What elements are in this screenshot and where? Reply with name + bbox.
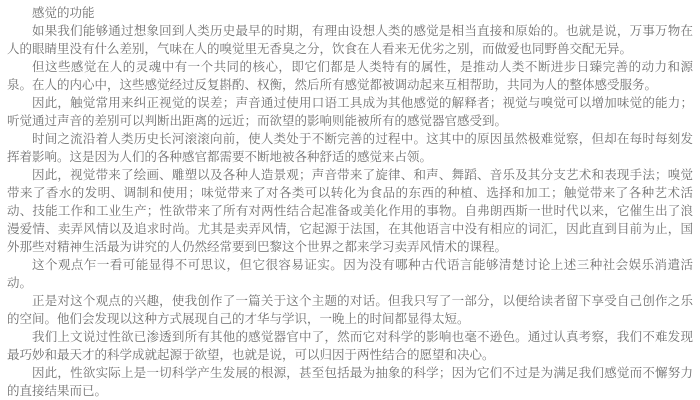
paragraph: 这个观点乍一看可能显得不可思议，但它很容易证实。因为没有哪种古代语言能够清楚讨论… — [7, 256, 693, 292]
document-body: 如果我们能够通过想象回到人类历史最早的时期，有理由设想人类的感觉是相当直接和原始… — [7, 22, 693, 400]
paragraph: 因此，性欲实际上是一切科学产生发展的根源，甚至包括最为抽象的科学；因为它们不过是… — [7, 364, 693, 400]
paragraph: 因此，视觉带来了绘画、雕塑以及各种人造景观；声音带来了旋律、和声、舞蹈、音乐及其… — [7, 166, 693, 256]
paragraph: 如果我们能够通过想象回到人类历史最早的时期，有理由设想人类的感觉是相当直接和原始… — [7, 22, 693, 58]
paragraph: 但这些感觉在人的灵魂中有一个共同的核心，即它们都是人类特有的属性，是推动人类不断… — [7, 58, 693, 94]
document-page: 感觉的功能 如果我们能够通过想象回到人类历史最早的时期，有理由设想人类的感觉是相… — [0, 0, 700, 400]
paragraph: 时间之流沿着人类历史长河滚滚向前，使人类处于不断完善的过程中。这其中的原因虽然极… — [7, 130, 693, 166]
paragraph: 正是对这个观点的兴趣，使我创作了一篇关于这个主题的对话。但我只写了一部分，以便给… — [7, 292, 693, 328]
paragraph: 因此，触觉常用来纠正视觉的误差；声音通过使用口语工具成为其他感觉的解释者；视觉与… — [7, 94, 693, 130]
paragraph: 我们上文说过性欲已渗透到所有其他的感觉器官中了，然而它对科学的影响也毫不逊色。通… — [7, 328, 693, 364]
document-title: 感觉的功能 — [7, 4, 693, 22]
